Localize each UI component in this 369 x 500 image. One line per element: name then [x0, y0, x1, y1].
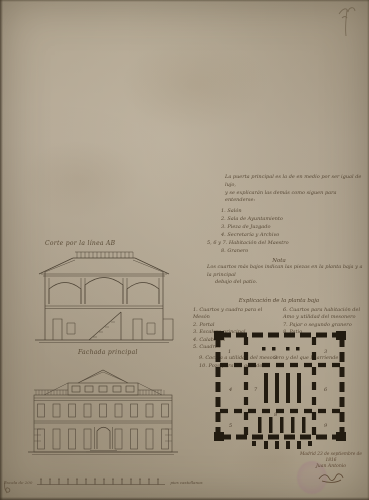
signature-rubric — [316, 471, 346, 483]
nota-paragraph: Los cuartos más bajos indican las piezas… — [207, 264, 365, 287]
nota-line: Los cuartos más bajos indican las piezas… — [207, 264, 365, 279]
legend-upper-items: 1. Salón 2. Sala de Ayuntamiento 3. Piez… — [221, 207, 365, 255]
plan-room-number: 2 — [273, 355, 277, 361]
section-figure: Corte por la línea AB — [33, 240, 175, 345]
plan-room-number: 1 — [228, 349, 231, 355]
paper-stain — [20, 140, 140, 220]
legend-item: 7. Pajar o segundo granero — [283, 322, 365, 330]
plan-room-number: 9 — [324, 423, 328, 429]
scale-left-label: Escala de 200 — [4, 480, 32, 485]
facade-drawing — [28, 359, 178, 457]
legend-item: 2. Sala de Ayuntamiento — [221, 215, 365, 223]
nota-line: debajo del patio. — [215, 279, 365, 287]
facade-label: Fachada principal — [78, 349, 178, 356]
legend-item: 5, 6 y 7. Habitación del Maestro — [207, 239, 365, 247]
plan-room-number: 7 — [254, 387, 258, 393]
plan-room-number: 5 — [229, 423, 232, 429]
section-label: Corte por la línea AB — [45, 240, 175, 247]
paper-stain — [120, 40, 270, 130]
facade-figure: Fachada principal — [28, 349, 178, 457]
intro-line: La puerta principal es la de en medio po… — [225, 174, 365, 190]
signature-name: Juan Antonio — [294, 464, 368, 471]
scale-ticks — [35, 475, 167, 489]
signature-place-date: Madrid 23 de septiembre de 1816 — [294, 452, 368, 464]
legend-lower-heading: Explicación de la planta baja — [193, 298, 365, 304]
legend-item: 8. Granero — [221, 247, 365, 255]
manuscript-page: Corte por la línea AB — [0, 0, 369, 500]
legend-item: 1. Salón — [221, 207, 365, 215]
legend-item: 3. Pieza de Juzgado — [221, 223, 365, 231]
scale-right-label: pies castellanos — [170, 480, 202, 485]
legend-intro: La puerta principal es la de en medio po… — [225, 174, 365, 205]
plan-room-number: 8 — [274, 412, 277, 418]
legend-item: 6. Cuartos para habitación del Amo y uti… — [283, 307, 365, 322]
legend-item: 2. Portal — [193, 322, 275, 330]
legend-item: 1. Cuartos y cuadra para el Mesón — [193, 307, 275, 322]
plan-drawing: 1 2 3 4 7 6 5 8 9 — [208, 329, 352, 457]
page-edge-left — [0, 0, 3, 500]
plan-room-number: 4 — [228, 387, 232, 393]
section-drawing — [33, 249, 175, 345]
corner-flourish-mark — [333, 4, 359, 40]
plan-figure: 1 2 3 4 7 6 5 8 9 — [208, 329, 352, 457]
plan-room-number: 3 — [324, 349, 327, 355]
scale-bar: Escala de 200 pies castellanos — [4, 475, 254, 489]
signature-block: Madrid 23 de septiembre de 1816 Juan Ant… — [294, 452, 368, 483]
legend-item: 4. Secretaría y Archivo — [221, 231, 365, 239]
plan-room-number: 6 — [324, 387, 328, 393]
page-edge-top — [0, 0, 369, 2]
intro-line: y se explicarán las demás como siguen pa… — [225, 190, 365, 206]
